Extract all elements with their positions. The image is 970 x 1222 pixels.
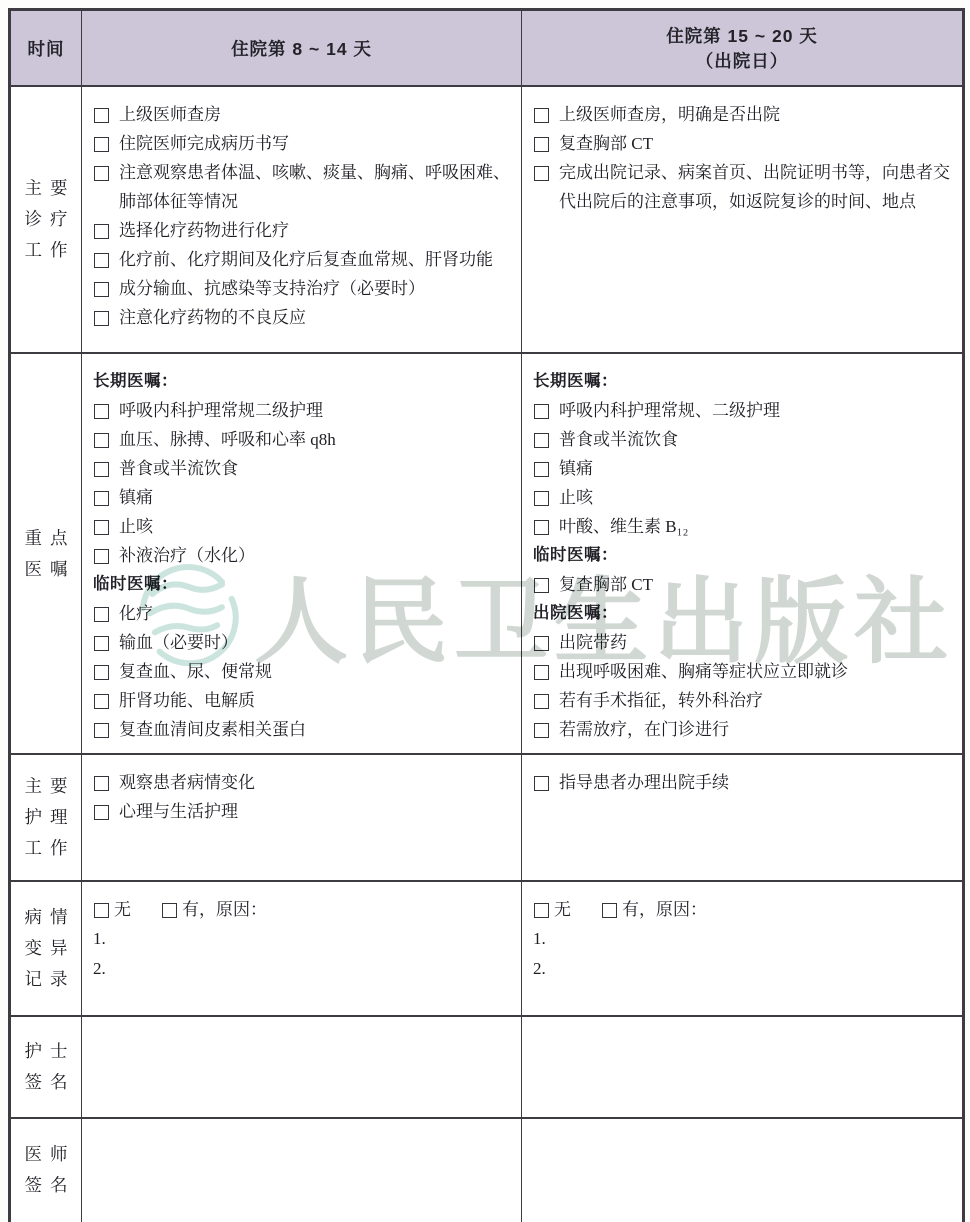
checklist-item: 镇痛	[533, 454, 954, 483]
cell-period-1: 观察患者病情变化心理与生活护理	[82, 754, 522, 881]
text-line: 1.	[93, 924, 513, 954]
row-label: 主要护理工作	[10, 754, 82, 881]
checkbox-icon	[534, 433, 549, 448]
header-time: 时间	[10, 10, 82, 87]
checkbox-icon	[94, 433, 109, 448]
checklist-item: 复查胸部 CT	[533, 570, 954, 599]
cell-period-1	[82, 1016, 522, 1118]
checklist-item: 呼吸内科护理常规二级护理	[93, 396, 513, 425]
header-period-2: 住院第 15 ~ 20 天 （出院日）	[522, 10, 964, 87]
variation-choice-line: 无有，原因：	[533, 895, 954, 924]
checklist-item-label: 止咳	[119, 512, 513, 541]
table-row: 病情变异记录无有，原因：1.2.无有，原因：1.2.	[10, 881, 964, 1016]
checkbox-icon	[534, 137, 549, 152]
checklist-item-label: 出现呼吸困难、胸痛等症状应立即就诊	[559, 657, 954, 686]
checklist-item-label: 输血（必要时）	[119, 628, 513, 657]
checkbox-icon	[94, 805, 109, 820]
checklist-item-label: 镇痛	[119, 483, 513, 512]
checklist-item-label: 镇痛	[559, 454, 954, 483]
checklist-item-label: 补液治疗（水化）	[119, 541, 513, 570]
row-label-line: 护理	[15, 802, 85, 833]
header-period-2-line1: 住院第 15 ~ 20 天	[523, 23, 961, 48]
checkbox-icon	[534, 166, 549, 181]
checklist-item: 若需放疗，在门诊进行	[533, 715, 954, 744]
checklist-item-label: 叶酸、维生素 B₁₂	[559, 512, 954, 541]
row-label-line: 工作	[15, 833, 85, 864]
row-label: 护士签名	[10, 1016, 82, 1118]
checklist-item: 出院带药	[533, 628, 954, 657]
row-label-line: 护士	[15, 1036, 85, 1067]
checklist-item: 肝肾功能、电解质	[93, 686, 513, 715]
checkbox-icon	[94, 903, 109, 918]
clinical-pathway-sheet: 时间 住院第 8 ~ 14 天 住院第 15 ~ 20 天 （出院日） 主要诊疗…	[8, 8, 965, 1222]
checklist-item-label: 普食或半流饮食	[119, 454, 513, 483]
checkbox-icon	[534, 108, 549, 123]
checkbox-icon	[94, 137, 109, 152]
checkbox-icon	[534, 903, 549, 918]
checklist-item-label: 有，原因：	[182, 895, 267, 924]
checkbox-icon	[602, 903, 617, 918]
cell-period-2: 指导患者办理出院手续	[522, 754, 964, 881]
row-label-line: 工作	[15, 235, 85, 266]
header-period-2-line2: （出院日）	[523, 48, 961, 73]
checkbox-icon	[94, 253, 109, 268]
checklist-item: 止咳	[533, 483, 954, 512]
checklist-item: 出现呼吸困难、胸痛等症状应立即就诊	[533, 657, 954, 686]
text-line: 2.	[533, 954, 954, 984]
table-row: 护士签名	[10, 1016, 964, 1118]
checklist-item-label: 复查胸部 CT	[559, 570, 954, 599]
checkbox-icon	[534, 694, 549, 709]
checkbox-icon	[94, 282, 109, 297]
checklist-item: 输血（必要时）	[93, 628, 513, 657]
row-label-line: 主要	[15, 771, 85, 802]
checklist-item: 无	[93, 895, 131, 924]
checkbox-icon	[94, 491, 109, 506]
row-label-line: 变异	[15, 933, 85, 964]
checklist-item-label: 止咳	[559, 483, 954, 512]
checkbox-icon	[534, 404, 549, 419]
header-period-1: 住院第 8 ~ 14 天	[82, 10, 522, 87]
checklist-item-label: 血压、脉搏、呼吸和心率 q8h	[119, 425, 513, 454]
row-label: 医师签名	[10, 1118, 82, 1222]
checkbox-icon	[534, 723, 549, 738]
table-header: 时间 住院第 8 ~ 14 天 住院第 15 ~ 20 天 （出院日）	[10, 10, 964, 87]
checklist-item-label: 复查胸部 CT	[559, 129, 954, 158]
checklist-item-label: 有，原因：	[622, 895, 707, 924]
checklist-item-label: 化疗前、化疗期间及化疗后复查血常规、肝肾功能	[119, 245, 513, 274]
checkbox-icon	[534, 776, 549, 791]
checklist-item: 完成出院记录、病案首页、出院证明书等，向患者交代出院后的注意事项，如返院复诊的时…	[533, 158, 954, 216]
checklist-item: 选择化疗药物进行化疗	[93, 216, 513, 245]
checklist-item: 注意观察患者体温、咳嗽、痰量、胸痛、呼吸困难、肺部体征等情况	[93, 158, 513, 216]
checklist-item-label: 出院带药	[559, 628, 954, 657]
cell-period-1	[82, 1118, 522, 1222]
checklist-item-label: 无	[554, 895, 571, 924]
checklist-item-label: 上级医师查房，明确是否出院	[559, 100, 954, 129]
variation-choice-line: 无有，原因：	[93, 895, 513, 924]
checklist-item: 有，原因：	[601, 895, 707, 924]
checklist-item-label: 呼吸内科护理常规二级护理	[119, 396, 513, 425]
cell-period-1: 上级医师查房住院医师完成病历书写注意观察患者体温、咳嗽、痰量、胸痛、呼吸困难、肺…	[82, 86, 522, 353]
header-period-1-label: 住院第 8 ~ 14 天	[231, 39, 372, 59]
checklist-item-label: 复查血、尿、便常规	[119, 657, 513, 686]
checklist-item: 无	[533, 895, 571, 924]
checkbox-icon	[94, 520, 109, 535]
checkbox-icon	[94, 607, 109, 622]
checklist-item-label: 成分输血、抗感染等支持治疗（必要时）	[119, 274, 513, 303]
checklist-item-label: 肝肾功能、电解质	[119, 686, 513, 715]
checklist-item: 复查血清间皮素相关蛋白	[93, 715, 513, 744]
checkbox-icon	[94, 549, 109, 564]
order-section-heading: 长期医嘱：	[93, 367, 513, 396]
checklist-item-label: 注意化疗药物的不良反应	[119, 303, 513, 332]
checklist-item: 普食或半流饮食	[93, 454, 513, 483]
checklist-item: 有，原因：	[161, 895, 267, 924]
order-section-heading: 临时医嘱：	[93, 570, 513, 599]
checklist-item: 复查胸部 CT	[533, 129, 954, 158]
checklist-item: 注意化疗药物的不良反应	[93, 303, 513, 332]
checklist-item-label: 选择化疗药物进行化疗	[119, 216, 513, 245]
checkbox-icon	[94, 636, 109, 651]
header-time-label: 时间	[28, 39, 65, 59]
row-label-line: 病情	[15, 902, 85, 933]
checkbox-icon	[534, 578, 549, 593]
checklist-item: 指导患者办理出院手续	[533, 768, 954, 797]
checklist-item-label: 复查血清间皮素相关蛋白	[119, 715, 513, 744]
checklist-item-label: 完成出院记录、病案首页、出院证明书等，向患者交代出院后的注意事项，如返院复诊的时…	[559, 158, 954, 216]
checkbox-icon	[534, 636, 549, 651]
checkbox-icon	[534, 665, 549, 680]
checkbox-icon	[94, 665, 109, 680]
table-row: 主要诊疗工作上级医师查房住院医师完成病历书写注意观察患者体温、咳嗽、痰量、胸痛、…	[10, 86, 964, 353]
checklist-item: 血压、脉搏、呼吸和心率 q8h	[93, 425, 513, 454]
row-label-line: 诊疗	[15, 204, 85, 235]
text-line: 1.	[533, 924, 954, 954]
row-label: 重点医嘱	[10, 353, 82, 754]
cell-period-2	[522, 1016, 964, 1118]
checkbox-icon	[94, 311, 109, 326]
checklist-item: 住院医师完成病历书写	[93, 129, 513, 158]
order-section-heading: 临时医嘱：	[533, 541, 954, 570]
checkbox-icon	[94, 224, 109, 239]
checklist-item: 复查血、尿、便常规	[93, 657, 513, 686]
checkbox-icon	[534, 462, 549, 477]
header-row: 时间 住院第 8 ~ 14 天 住院第 15 ~ 20 天 （出院日）	[10, 10, 964, 87]
checklist-item-label: 住院医师完成病历书写	[119, 129, 513, 158]
checkbox-icon	[94, 694, 109, 709]
checkbox-icon	[94, 723, 109, 738]
checklist-item-label: 呼吸内科护理常规、二级护理	[559, 396, 954, 425]
row-label-line: 主要	[15, 173, 85, 204]
checklist-item: 心理与生活护理	[93, 797, 513, 826]
cell-period-2: 上级医师查房，明确是否出院复查胸部 CT完成出院记录、病案首页、出院证明书等，向…	[522, 86, 964, 353]
cell-period-1: 无有，原因：1.2.	[82, 881, 522, 1016]
checklist-item: 呼吸内科护理常规、二级护理	[533, 396, 954, 425]
checklist-item-label: 指导患者办理出院手续	[559, 768, 954, 797]
checklist-item: 上级医师查房	[93, 100, 513, 129]
checklist-item-label: 若需放疗，在门诊进行	[559, 715, 954, 744]
row-label-line: 重点	[15, 523, 85, 554]
checkbox-icon	[94, 166, 109, 181]
checkbox-icon	[534, 520, 549, 535]
table-row: 主要护理工作观察患者病情变化心理与生活护理指导患者办理出院手续	[10, 754, 964, 881]
checklist-item-label: 心理与生活护理	[119, 797, 513, 826]
checkbox-icon	[94, 108, 109, 123]
checklist-item-label: 若有手术指征，转外科治疗	[559, 686, 954, 715]
text-line: 2.	[93, 954, 513, 984]
order-section-heading: 出院医嘱：	[533, 599, 954, 628]
checklist-item: 化疗前、化疗期间及化疗后复查血常规、肝肾功能	[93, 245, 513, 274]
checklist-item: 成分输血、抗感染等支持治疗（必要时）	[93, 274, 513, 303]
checklist-item: 普食或半流饮食	[533, 425, 954, 454]
checklist-item-label: 化疗	[119, 599, 513, 628]
cell-period-2	[522, 1118, 964, 1222]
checklist-item-label: 普食或半流饮食	[559, 425, 954, 454]
checklist-item-label: 无	[114, 895, 131, 924]
table-row: 医师签名	[10, 1118, 964, 1222]
row-label-line: 签名	[15, 1170, 85, 1201]
checklist-item: 观察患者病情变化	[93, 768, 513, 797]
table-body: 主要诊疗工作上级医师查房住院医师完成病历书写注意观察患者体温、咳嗽、痰量、胸痛、…	[10, 86, 964, 1222]
row-label-line: 医师	[15, 1139, 85, 1170]
row-label-line: 记录	[15, 964, 85, 995]
checklist-item: 止咳	[93, 512, 513, 541]
checklist-item: 补液治疗（水化）	[93, 541, 513, 570]
checklist-item: 化疗	[93, 599, 513, 628]
checkbox-icon	[162, 903, 177, 918]
checkbox-icon	[534, 491, 549, 506]
cell-period-2: 无有，原因：1.2.	[522, 881, 964, 1016]
order-section-heading: 长期医嘱：	[533, 367, 954, 396]
checkbox-icon	[94, 776, 109, 791]
checklist-item-label: 注意观察患者体温、咳嗽、痰量、胸痛、呼吸困难、肺部体征等情况	[119, 158, 513, 216]
checkbox-icon	[94, 462, 109, 477]
checklist-item: 叶酸、维生素 B₁₂	[533, 512, 954, 541]
row-label-line: 签名	[15, 1067, 85, 1098]
table-row: 重点医嘱长期医嘱：呼吸内科护理常规二级护理血压、脉搏、呼吸和心率 q8h普食或半…	[10, 353, 964, 754]
checklist-item: 镇痛	[93, 483, 513, 512]
checklist-item: 若有手术指征，转外科治疗	[533, 686, 954, 715]
clinical-pathway-table: 时间 住院第 8 ~ 14 天 住院第 15 ~ 20 天 （出院日） 主要诊疗…	[8, 8, 965, 1222]
row-label: 病情变异记录	[10, 881, 82, 1016]
row-label: 主要诊疗工作	[10, 86, 82, 353]
checklist-item-label: 上级医师查房	[119, 100, 513, 129]
cell-period-1: 长期医嘱：呼吸内科护理常规二级护理血压、脉搏、呼吸和心率 q8h普食或半流饮食镇…	[82, 353, 522, 754]
checkbox-icon	[94, 404, 109, 419]
checklist-item-label: 观察患者病情变化	[119, 768, 513, 797]
checklist-item: 上级医师查房，明确是否出院	[533, 100, 954, 129]
cell-period-2: 长期医嘱：呼吸内科护理常规、二级护理普食或半流饮食镇痛止咳叶酸、维生素 B₁₂临…	[522, 353, 964, 754]
row-label-line: 医嘱	[15, 554, 85, 585]
